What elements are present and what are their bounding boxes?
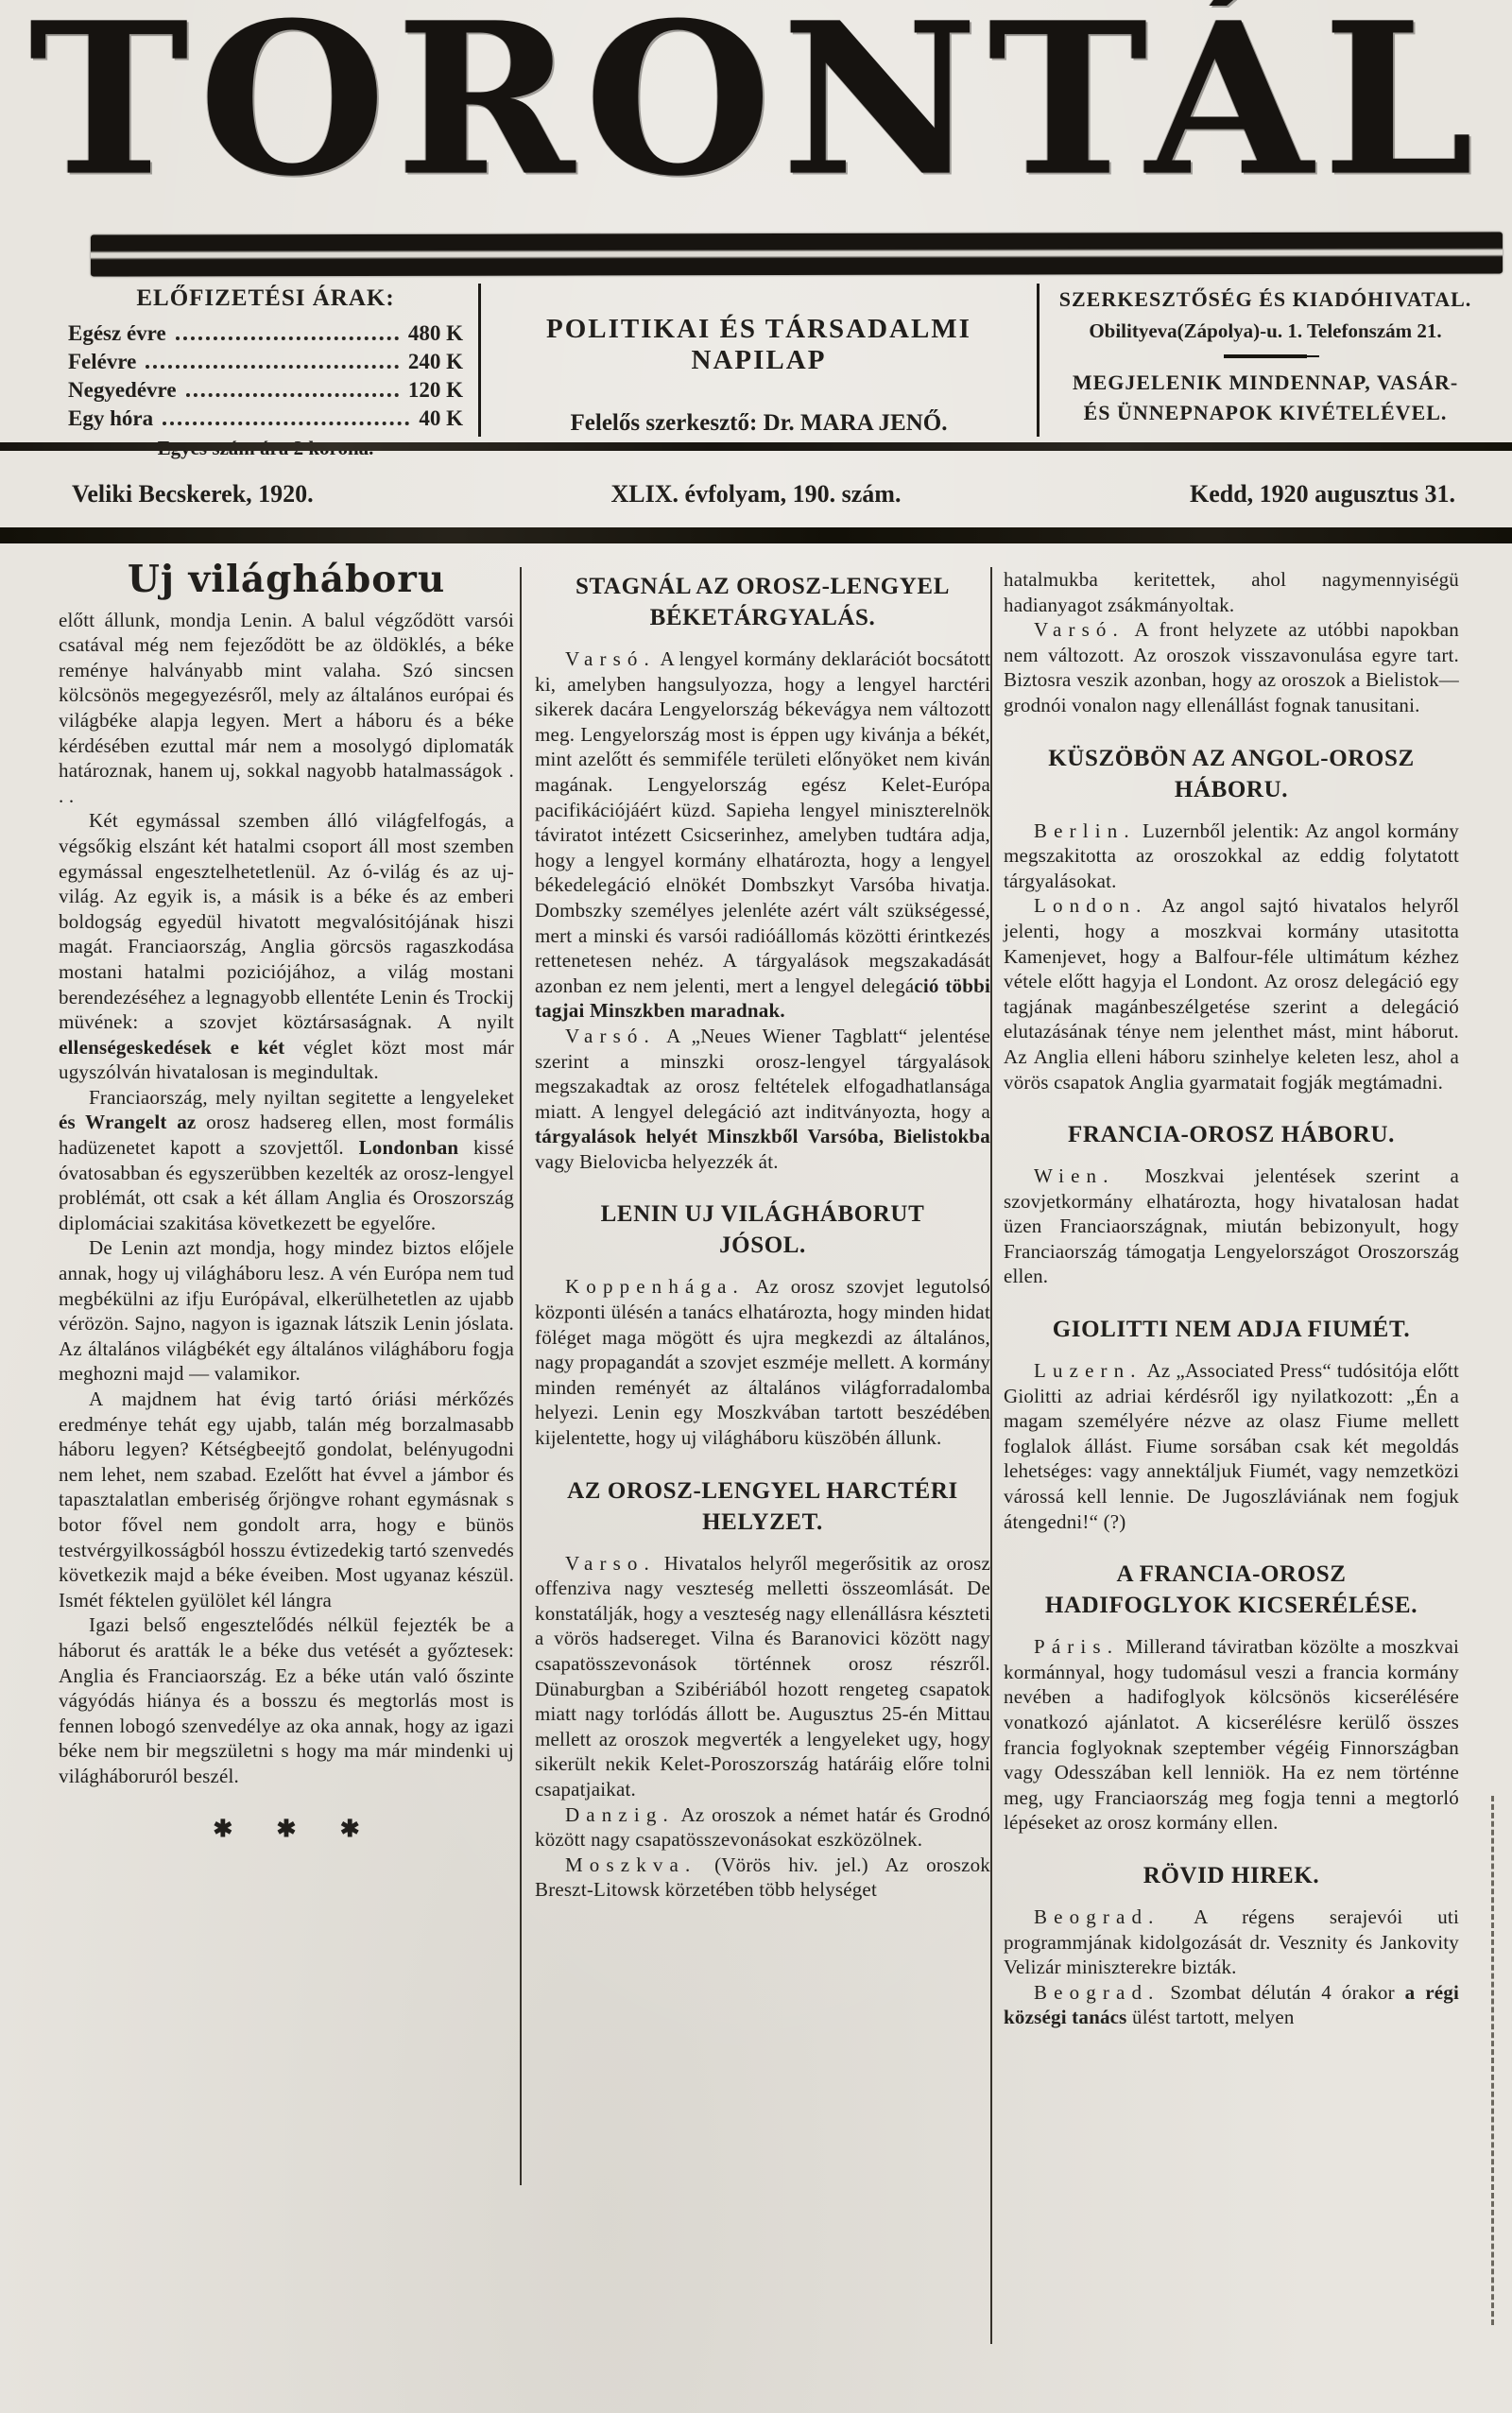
horizontal-rule-thick bbox=[0, 527, 1512, 543]
section-heading: KÜSZÖBÖN AZ ANGOL-OROSZ HÁBORU. bbox=[1028, 743, 1435, 805]
section-heading: AZ OROSZ-LENGYEL HARCTÉRI HELYZET. bbox=[559, 1475, 966, 1538]
paragraph: Varsó. A lengyel kormány deklarációt boc… bbox=[535, 646, 990, 1024]
paragraph: Danzig. Az oroszok a német határ és Grod… bbox=[535, 1802, 990, 1853]
price-value: 40 K bbox=[419, 405, 463, 433]
paragraph: Wien. Moszkvai jelentések szerint a szov… bbox=[1004, 1163, 1459, 1289]
column-3: hatalmukba keritettek, ahol nagymennyisé… bbox=[1004, 567, 1459, 2030]
paragraph: Koppenhága. Az orosz szovjet legutolsó k… bbox=[535, 1274, 990, 1450]
page-edge-dashed-line bbox=[1491, 1796, 1494, 2325]
paragraph-dateline: Varsó. bbox=[565, 647, 656, 670]
dot-leader bbox=[163, 422, 409, 425]
dateline-row: Veliki Becskerek, 1920. XLIX. évfolyam, … bbox=[0, 473, 1512, 522]
paragraph-dateline: Berlin. bbox=[1034, 819, 1136, 842]
paragraph-dateline: Varsó. bbox=[565, 1025, 656, 1047]
paragraph: Franciaország, mely nyiltan segitette a … bbox=[59, 1085, 514, 1236]
price-row: Egy hóra 40 K bbox=[62, 405, 469, 433]
section-heading: LENIN UJ VILÁGHÁBORUT JÓSOL. bbox=[559, 1198, 966, 1261]
price-label: Felévre bbox=[68, 348, 136, 376]
price-label: Egész évre bbox=[68, 319, 166, 348]
office-info-box: SZERKESZTŐSÉG ÉS KIADÓHIVATAL. Obilityev… bbox=[1047, 287, 1484, 428]
paragraph: Varsó. A „Neues Wiener Tagblatt“ jelenté… bbox=[535, 1024, 990, 1175]
column-2: STAGNÁL AZ OROSZ-LENGYEL BÉKETÁRGYALÁS.V… bbox=[535, 567, 990, 1903]
office-address: Obilityeva(Zápolya)-u. 1. Telefonszám 21… bbox=[1047, 319, 1484, 343]
paragraph: Varsó. A front helyzete az utóbbi napokb… bbox=[1004, 617, 1459, 717]
paragraph: Moszkva. (Vörös hiv. jel.) Az oroszok Br… bbox=[535, 1853, 990, 1903]
dot-leader bbox=[186, 393, 399, 397]
paragraph: Berlin. Luzernből jelentik: Az angol kor… bbox=[1004, 819, 1459, 894]
price-value: 120 K bbox=[408, 376, 463, 405]
section-heading: RÖVID HIREK. bbox=[1028, 1860, 1435, 1891]
section-heading: GIOLITTI NEM ADJA FIUMÉT. bbox=[1028, 1314, 1435, 1345]
section-heading: A FRANCIA-OROSZ HADIFOGLYOK KICSERÉLÉSE. bbox=[1028, 1559, 1435, 1621]
price-label: Negyedévre bbox=[68, 376, 177, 405]
subscription-title: ELŐFIZETÉSI ÁRAK: bbox=[62, 285, 469, 312]
paragraph: Varso. Hivatalos helyről megerősitik az … bbox=[535, 1551, 990, 1802]
section-heading: FRANCIA-OROSZ HÁBORU. bbox=[1028, 1119, 1435, 1150]
paragraph: Luzern. Az „Associated Press“ tudósitója… bbox=[1004, 1358, 1459, 1534]
paragraph: Páris. Millerand táviratban közölte a mo… bbox=[1004, 1634, 1459, 1836]
paragraph: Két egymással szemben álló világfelfogás… bbox=[59, 808, 514, 1085]
stars-divider: ✱ ✱ ✱ bbox=[59, 1818, 514, 1843]
paragraph-dateline: Varsó. bbox=[1034, 618, 1125, 641]
subscription-box: ELŐFIZETÉSI ÁRAK: Egész évre 480 K Felév… bbox=[62, 285, 469, 460]
paragraph-dateline: Koppenhága. bbox=[565, 1275, 745, 1298]
office-title: SZERKESZTŐSÉG ÉS KIADÓHIVATAL. bbox=[1047, 287, 1484, 312]
price-row: Egész évre 480 K bbox=[62, 319, 469, 348]
price-row: Felévre 240 K bbox=[62, 348, 469, 376]
paper-subtitle: POLITIKAI ÉS TÁRSADALMI NAPILAP bbox=[481, 314, 1037, 376]
paragraph: hatalmukba keritettek, ahol nagymennyisé… bbox=[1004, 567, 1459, 617]
publishing-line-2: ÉS ÜNNEPNAPOK KIVÉTELÉVEL. bbox=[1047, 398, 1484, 428]
paragraph-dateline: Varso. bbox=[565, 1552, 656, 1575]
horizontal-rule-thin bbox=[0, 442, 1512, 451]
price-label: Egy hóra bbox=[68, 405, 153, 433]
paragraph: Igazi belső engesztelődés nélkül fejezté… bbox=[59, 1612, 514, 1788]
paragraph-dateline: Beograd. bbox=[1034, 1981, 1160, 2004]
dateline-date: Kedd, 1920 augusztus 31. bbox=[1190, 480, 1455, 508]
paragraph: London. Az angol sajtó hivatalos helyről… bbox=[1004, 893, 1459, 1094]
paragraph: előtt állunk, mondja Lenin. A balul végz… bbox=[59, 608, 514, 809]
paragraph-dateline: Beograd. bbox=[1034, 1905, 1160, 1928]
editor-line: Felelős szerkesztő: Dr. MARA JENŐ. bbox=[481, 410, 1037, 437]
paragraph-dateline: London. bbox=[1034, 894, 1148, 917]
column-1: Uj világháboruelőtt állunk, mondja Lenin… bbox=[59, 567, 514, 1842]
price-value: 240 K bbox=[408, 348, 463, 376]
article-main-title: Uj világháboru bbox=[59, 567, 514, 593]
divider-dash bbox=[1224, 354, 1307, 358]
masthead-logo: TORONTÁL bbox=[0, 0, 1512, 219]
dot-leader bbox=[176, 336, 399, 340]
paper-subtitle-box: POLITIKAI ÉS TÁRSADALMI NAPILAP Felelős … bbox=[478, 284, 1039, 437]
column-separator-1 bbox=[520, 567, 522, 2185]
paragraph-dateline: Danzig. bbox=[565, 1803, 675, 1826]
paragraph: Beograd. A régens serajevói uti programm… bbox=[1004, 1905, 1459, 1980]
paragraph-dateline: Páris. bbox=[1034, 1635, 1119, 1658]
paragraph-dateline: Moszkva. bbox=[565, 1853, 696, 1876]
paragraph: A majdnem hat évig tartó óriási mérkőzés… bbox=[59, 1387, 514, 1612]
section-heading: STAGNÁL AZ OROSZ-LENGYEL BÉKETÁRGYALÁS. bbox=[559, 571, 966, 633]
dot-leader bbox=[146, 365, 399, 369]
publishing-line-1: MEGJELENIK MINDENNAP, VASÁR- bbox=[1047, 368, 1484, 398]
newspaper-page: { "masthead": { "title": "TORONTÁL" }, "… bbox=[0, 0, 1512, 2413]
column-separator-2 bbox=[990, 567, 992, 2344]
masthead-rule bbox=[91, 232, 1503, 276]
paragraph: De Lenin azt mondja, hogy mindez biztos … bbox=[59, 1235, 514, 1387]
paragraph-dateline: Wien. bbox=[1034, 1164, 1115, 1187]
paragraph-dateline: Luzern. bbox=[1034, 1359, 1143, 1382]
paragraph: Beograd. Szombat délután 4 órakor a régi… bbox=[1004, 1980, 1459, 2030]
price-row: Negyedévre 120 K bbox=[62, 376, 469, 405]
price-value: 480 K bbox=[408, 319, 463, 348]
